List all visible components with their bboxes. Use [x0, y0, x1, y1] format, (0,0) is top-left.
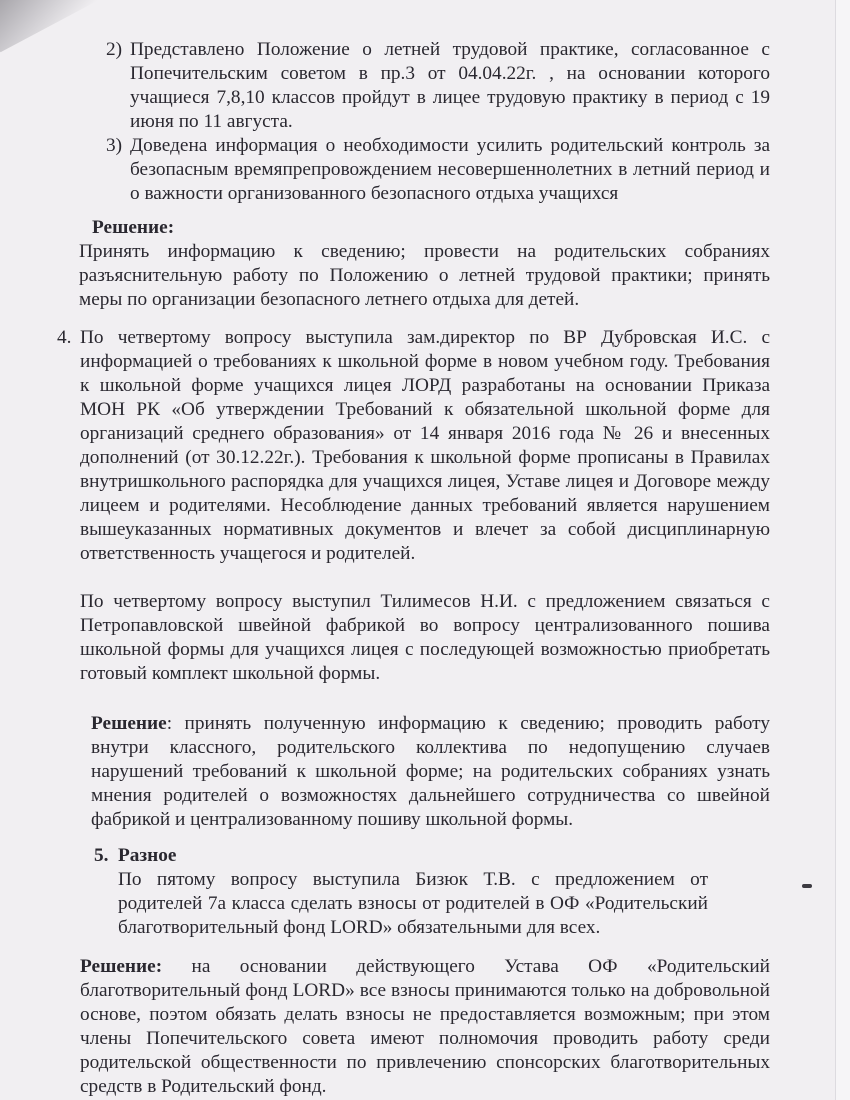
- decision-5-text: на основании действующего Устава ОФ «Род…: [80, 956, 770, 1097]
- question-4-number: 4.: [57, 326, 71, 350]
- decision-3-label: Решение:: [92, 216, 292, 240]
- question-5-heading: Разное: [118, 844, 418, 868]
- decision-5-label: Решение:: [80, 956, 162, 977]
- item-2-number: 2): [106, 38, 122, 62]
- decision-5: Решение: на основании действующего Устав…: [80, 955, 770, 1099]
- item-3-number: 3): [106, 134, 122, 158]
- question-4-text: По четвертому вопросу выступила зам.дире…: [80, 326, 770, 566]
- decision-4-label: Решение: [91, 713, 167, 734]
- question-5-text: По пятому вопросу выступила Бизюк Т.В. с…: [118, 868, 708, 940]
- decision-4: Решение: принять полученную информацию к…: [91, 712, 770, 832]
- question-5-number: 5.: [94, 844, 108, 868]
- item-2-text: Представлено Положение о летней трудовой…: [130, 38, 770, 134]
- scan-mark: [802, 884, 812, 888]
- question-4-followup: По четвертому вопросу выступил Тилимесов…: [80, 590, 770, 686]
- decision-4-text: : принять полученную информацию к сведен…: [91, 713, 770, 830]
- decision-3-text: Принять информацию к сведению; провести …: [79, 240, 770, 312]
- scan-corner-shadow: [0, 0, 98, 52]
- document-page: 2) Представлено Положение о летней трудо…: [0, 0, 850, 1100]
- scan-right-edge: [835, 0, 850, 1100]
- item-3-text: Доведена информация о необходимости усил…: [130, 134, 770, 206]
